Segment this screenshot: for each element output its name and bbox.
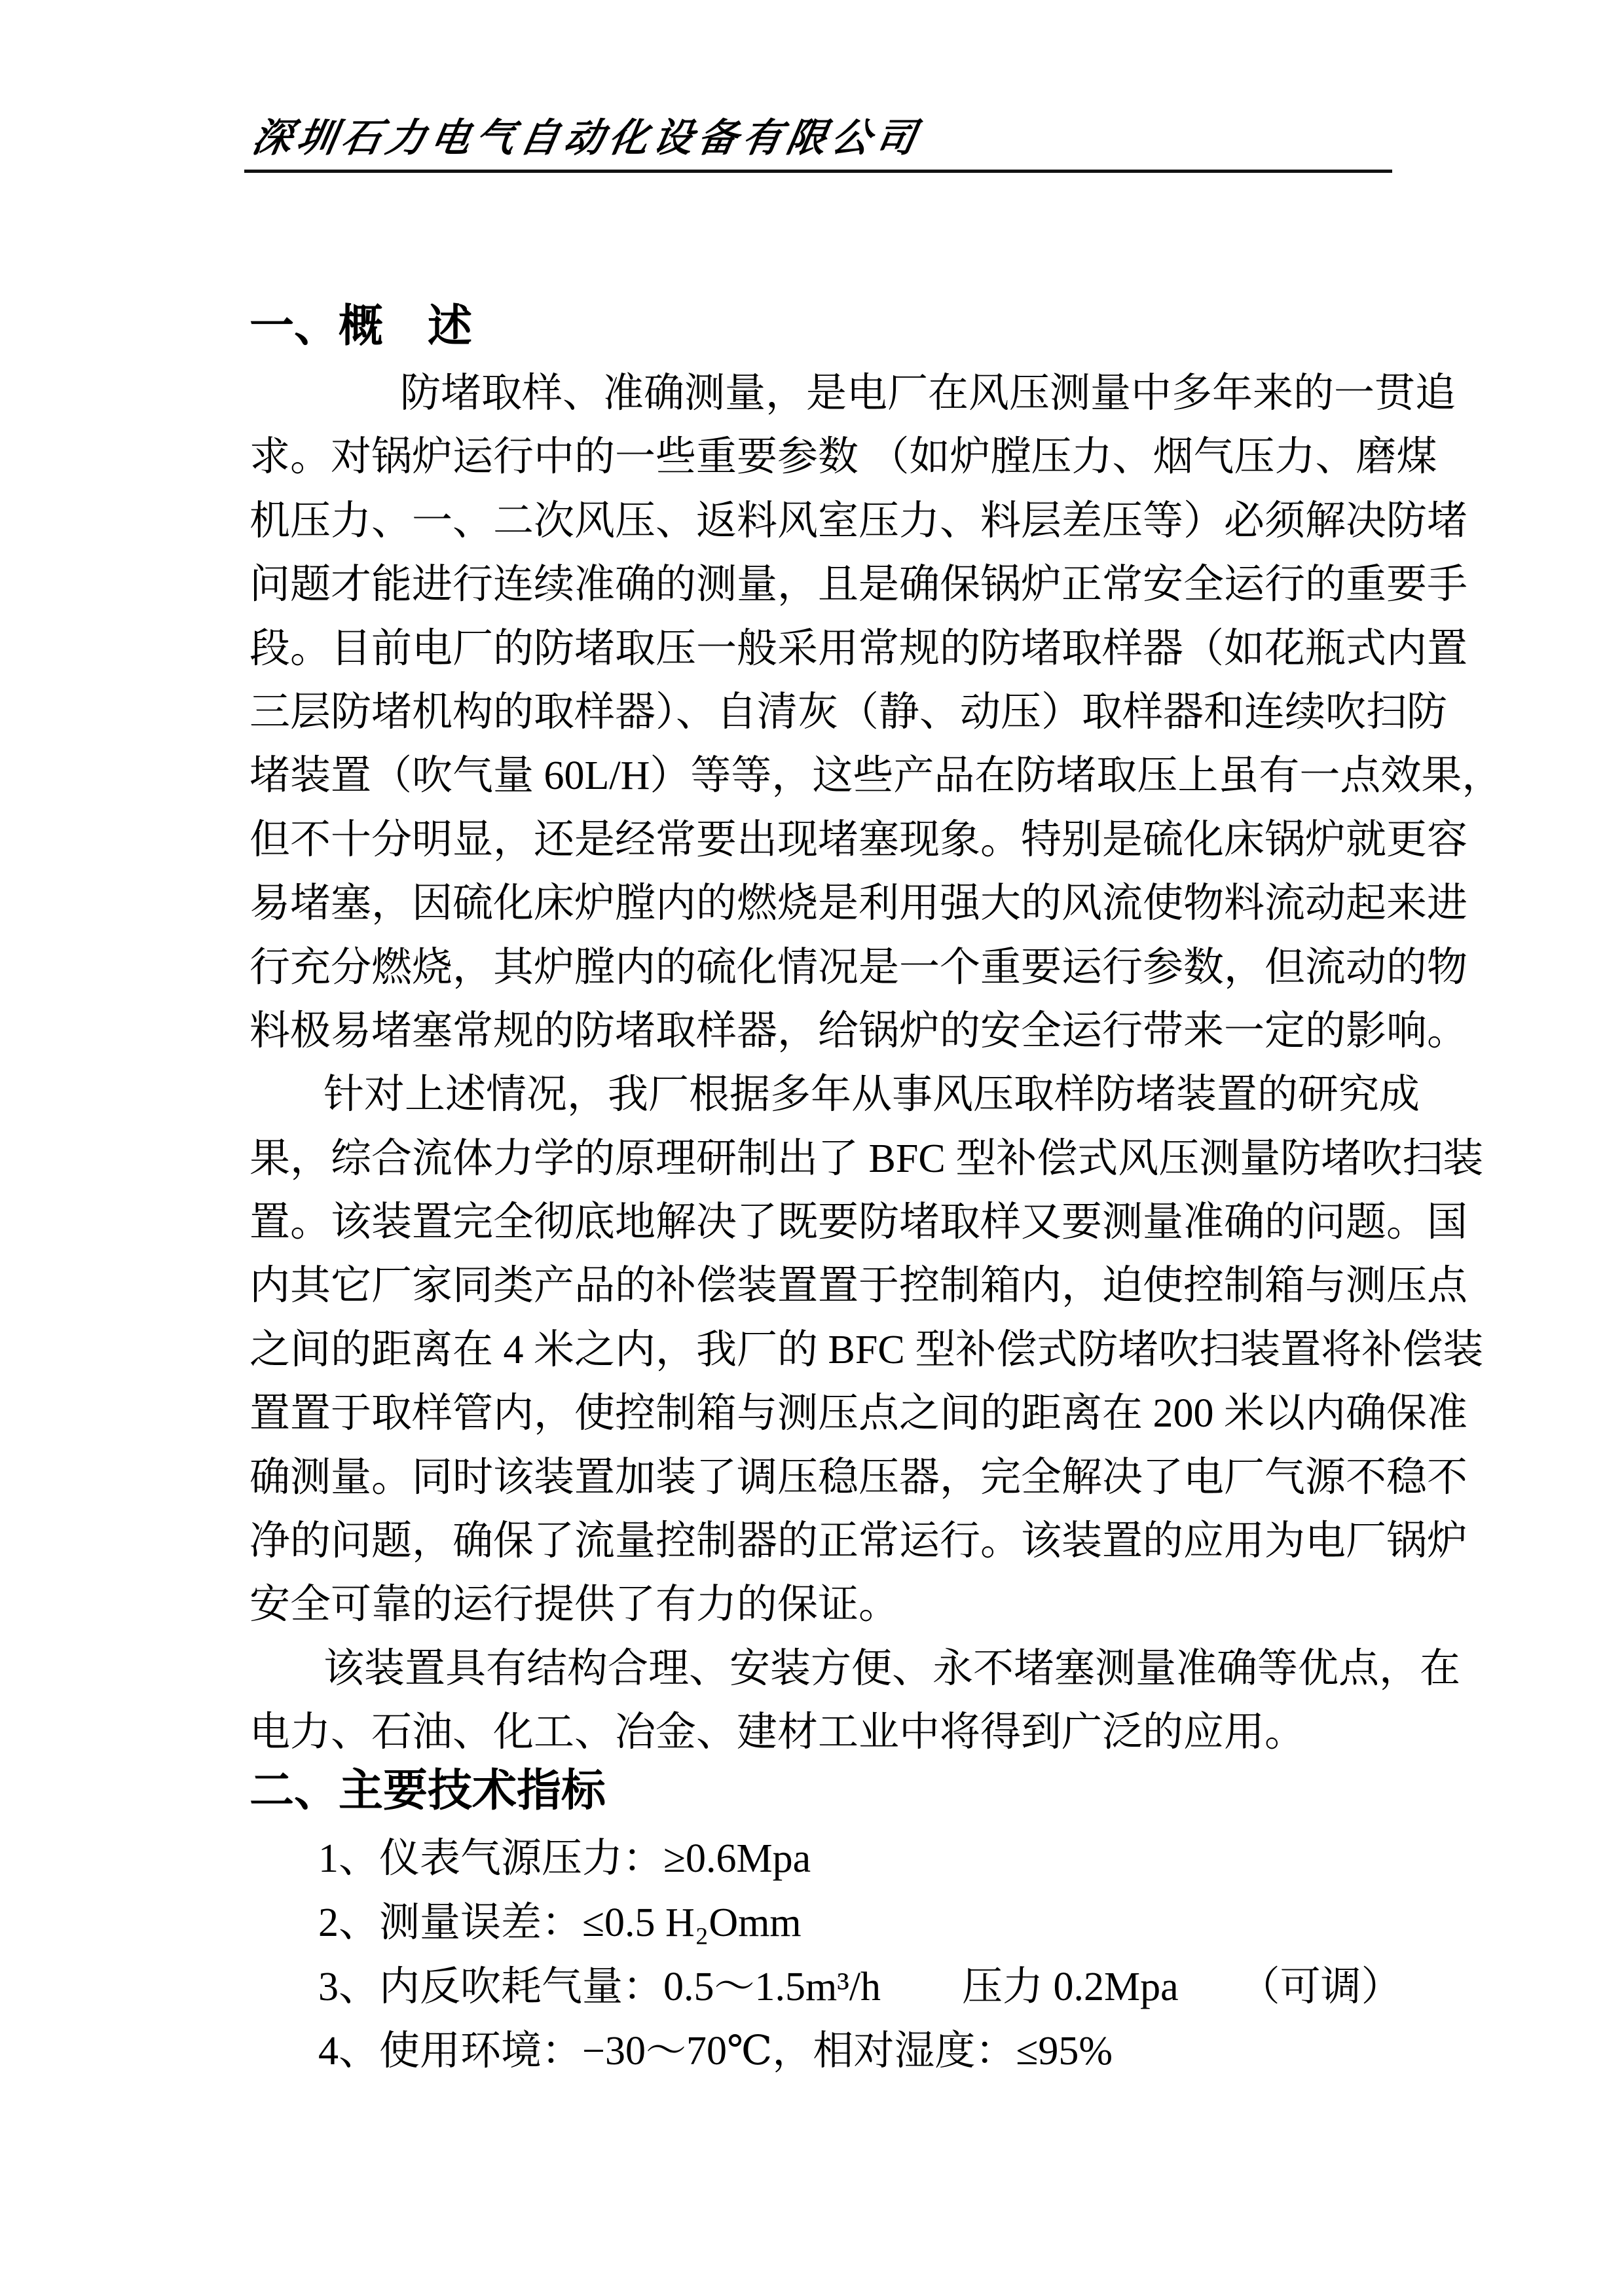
section-two-heading: 二、主要技术指标: [249, 1761, 606, 1820]
body-line: 之间的距离在 4 米之内，我厂的 BFC 型补偿式防堵吹扫装置将补偿装: [249, 1319, 1392, 1382]
body-line: 防堵取样、准确测量，是电厂在风压测量中多年来的一贯追: [249, 362, 1392, 426]
body-line: 置置于取样管内，使控制箱与测压点之间的距离在 200 米以内确保准: [249, 1382, 1392, 1446]
body-line: 净的问题，确保了流量控制器的正常运行。该装置的应用为电厂锅炉: [249, 1510, 1392, 1573]
body-line: 确测量。同时该装置加装了调压稳压器，完全解决了电厂气源不稳不: [249, 1446, 1392, 1510]
spec-item: 1、仪表气源压力：≥0.6Mpa: [318, 1827, 1431, 1891]
body-line: 果，综合流体力学的原理研制出了 BFC 型补偿式风压测量防堵吹扫装: [249, 1127, 1392, 1191]
section-one-heading: 一、概 述: [249, 298, 472, 354]
body-line: 机压力、一、二次风压、返料风室压力、料层差压等）必须解决防堵: [249, 490, 1392, 553]
body-line: 针对上述情况，我厂根据多年从事风压取样防堵装置的研究成: [249, 1063, 1392, 1127]
body-line: 三层防堵机构的取样器）、自清灰（静、动压）取样器和连续吹扫防: [249, 681, 1392, 744]
body-line: 内其它厂家同类产品的补偿装置置于控制箱内，迫使控制箱与测压点: [249, 1254, 1392, 1318]
header-divider-rule: [244, 170, 1392, 173]
body-line: 安全可靠的运行提供了有力的保证。: [249, 1573, 1392, 1637]
body-line: 料极易堵塞常规的防堵取样器，给锅炉的安全运行带来一定的影响。: [249, 1000, 1392, 1063]
body-line: 求。对锅炉运行中的一些重要参数 （如炉膛压力、烟气压力、磨煤: [249, 426, 1392, 489]
spec-item: 2、测量误差：≤0.5 H₂Omm: [318, 1891, 1431, 1955]
spec-item: 3、内反吹耗气量：0.5～1.5m³/h 压力 0.2Mpa （可调）: [318, 1955, 1431, 2019]
body-line: 但不十分明显，还是经常要出现堵塞现象。特别是硫化床锅炉就更容: [249, 809, 1392, 872]
body-line: 段。目前电厂的防堵取压一般采用常规的防堵取样器（如花瓶式内置: [249, 617, 1392, 681]
document-page: 深圳石力电气自动化设备有限公司 一、概 述 防堵取样、准确测量，是电厂在风压测量…: [0, 0, 1624, 2296]
body-line: 问题才能进行连续准确的测量，且是确保锅炉正常安全运行的重要手: [249, 553, 1392, 617]
body-line: 电力、石油、化工、冶金、建材工业中将得到广泛的应用。: [249, 1701, 1392, 1764]
body-line: 该装置具有结构合理、安装方便、永不堵塞测量准确等优点，在: [249, 1637, 1392, 1701]
body-line: 易堵塞，因硫化床炉膛内的燃烧是利用强大的风流使物料流动起来进: [249, 872, 1392, 936]
body-line: 行充分燃烧，其炉膛内的硫化情况是一个重要运行参数，但流动的物: [249, 936, 1392, 1000]
overview-body: 防堵取样、准确测量，是电厂在风压测量中多年来的一贯追 求。对锅炉运行中的一些重要…: [249, 362, 1392, 1765]
body-line: 堵装置（吹气量 60L/H）等等，这些产品在防堵取压上虽有一点效果，: [249, 744, 1392, 808]
body-line: 置。该装置完全彻底地解决了既要防堵取样又要测量准确的问题。国: [249, 1191, 1392, 1254]
spec-item: 4、使用环境：−30～70℃，相对湿度：≤95%: [318, 2019, 1431, 2083]
spec-list: 1、仪表气源压力：≥0.6Mpa 2、测量误差：≤0.5 H₂Omm 3、内反吹…: [318, 1827, 1431, 2083]
company-name-header: 深圳石力电气自动化设备有限公司: [248, 113, 925, 164]
